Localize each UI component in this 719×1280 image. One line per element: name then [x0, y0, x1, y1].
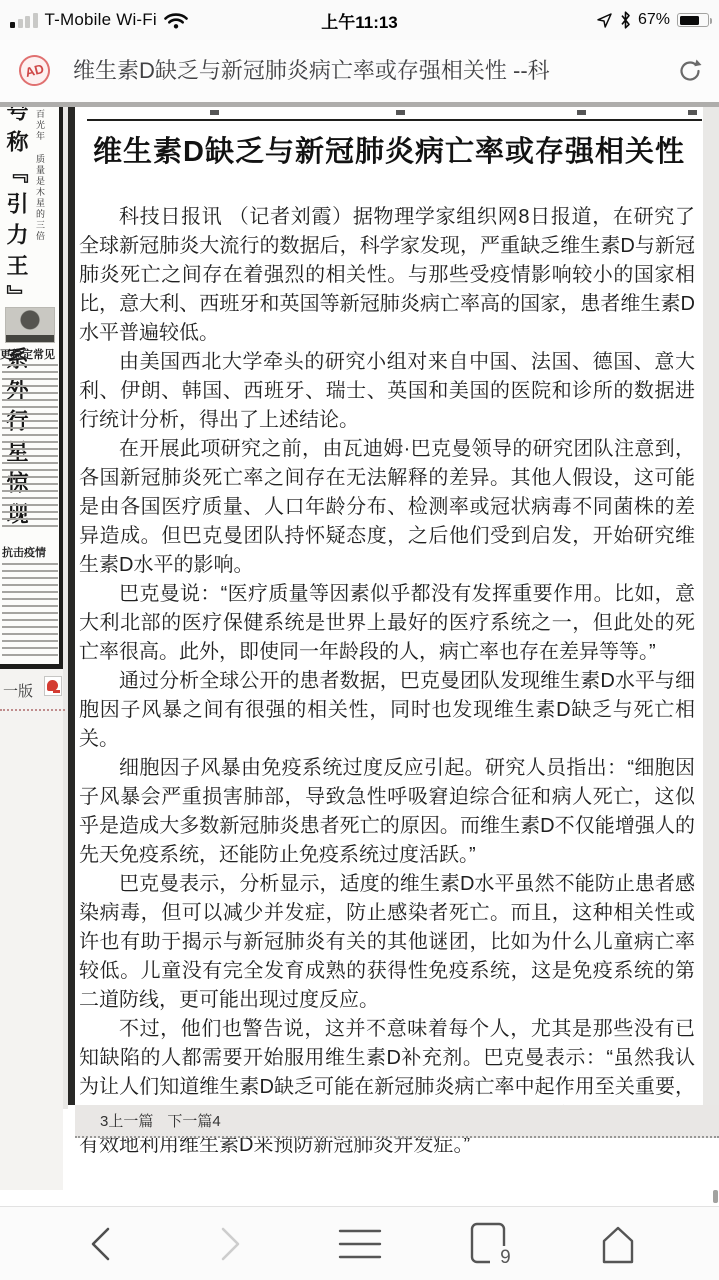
newspaper-thumbnail: 号称『引力王』的系外行星惊现 百光年 质量是木星的三倍 更稳定常见 抗击疫情	[0, 107, 63, 664]
title-rule	[87, 119, 702, 121]
battery-icon	[677, 13, 709, 27]
scan-artifact	[577, 110, 586, 115]
bluetooth-icon	[620, 11, 631, 29]
status-bar: T-Mobile Wi-Fi 上午11:13 67%	[0, 0, 719, 40]
article-title: 维生素D缺乏与新冠肺炎病亡率或存强相关性	[75, 129, 703, 170]
tab-count-label: 9	[499, 1248, 512, 1267]
article-paragraph: 通过分析全球公开的患者数据，巴克曼团队发现维生素D水平与细胞因子风暴之间有很强的…	[79, 667, 695, 754]
back-chevron-icon	[84, 1222, 118, 1266]
article-pager: 3上一篇 下一篇4	[75, 1105, 719, 1138]
refresh-button[interactable]	[675, 56, 705, 86]
thumbnail-heading-1: 更稳定常见	[0, 346, 55, 362]
thumbnail-text-block	[2, 563, 58, 657]
title-fade	[628, 52, 664, 90]
pdf-icon[interactable]	[44, 676, 62, 696]
page-one-link[interactable]: 一版	[3, 680, 33, 701]
scan-artifact	[210, 110, 219, 115]
viewport-right-margin	[703, 107, 719, 1107]
location-arrow-icon	[596, 12, 613, 29]
sidebar-divider	[0, 709, 65, 711]
article-paragraph: 不过，他们也警告说，这并不意味着每个人，尤其是那些没有已知缺陷的人都需要开始服用…	[79, 1015, 695, 1160]
tabs-button[interactable]: 9	[464, 1219, 514, 1269]
iphone-screen: T-Mobile Wi-Fi 上午11:13 67% AD 维生素D缺乏与新冠肺…	[0, 0, 719, 1280]
content-bottom-strip	[0, 1190, 719, 1206]
article-paragraph: 在开展此项研究之前，由瓦迪姆·巴克曼领导的研究团队注意到，各国新冠肺炎死亡率之间…	[79, 435, 695, 580]
back-button[interactable]	[76, 1219, 126, 1269]
scrollbar-thumb[interactable]	[713, 1190, 718, 1203]
menu-icon	[336, 1224, 384, 1264]
thumbnail-subheadline: 百光年 质量是木星的三倍	[34, 109, 47, 279]
status-right: 67%	[596, 0, 709, 40]
scan-artifact	[688, 110, 697, 115]
article-paragraph: 由美国西北大学牵头的研究小组对来自中国、法国、德国、意大利、伊朗、韩国、西班牙、…	[79, 348, 695, 435]
next-article-link[interactable]: 下一篇4	[167, 1110, 220, 1131]
scan-top-border	[0, 102, 719, 107]
web-content: 号称『引力王』的系外行星惊现 百光年 质量是木星的三倍 更稳定常见 抗击疫情 一…	[0, 102, 719, 1190]
browser-toolbar: 9	[0, 1206, 719, 1280]
home-button[interactable]	[593, 1219, 643, 1269]
forward-button[interactable]	[205, 1219, 255, 1269]
scan-artifact	[396, 110, 405, 115]
battery-percent-label: 67%	[638, 11, 670, 29]
article-paragraph: 科技日报讯 （记者刘霞）据物理学家组织网8日报道，在研究了全球新冠肺炎大流行的数…	[79, 203, 695, 348]
home-icon	[595, 1221, 641, 1267]
thumbnail-photo	[5, 307, 55, 343]
article-paragraph: 细胞因子风暴由免疫系统过度反应引起。研究人员指出：“细胞因子风暴会严重损害肺部，…	[79, 754, 695, 870]
article-body: 科技日报讯 （记者刘霞）据物理学家组织网8日报道，在研究了全球新冠肺炎大流行的数…	[79, 203, 695, 1160]
article-paragraph: 巴克曼表示，分析显示，适度的维生素D水平虽然不能防止患者感染病毒，但可以减少并发…	[79, 870, 695, 1015]
page-title-label: 维生素D缺乏与新冠肺炎病亡率或存强相关性 --科	[73, 54, 661, 88]
scan-left-border	[68, 107, 75, 1105]
browser-address-bar[interactable]: AD 维生素D缺乏与新冠肺炎病亡率或存强相关性 --科	[0, 40, 719, 102]
thumbnail-text-block	[2, 364, 58, 531]
refresh-icon	[675, 56, 705, 86]
menu-button[interactable]	[335, 1219, 385, 1269]
thumbnail-heading-2: 抗击疫情	[2, 544, 46, 560]
forward-chevron-icon	[213, 1222, 247, 1266]
ad-badge[interactable]: AD	[16, 52, 54, 90]
sidebar-area	[0, 669, 63, 1190]
article-paragraph: 巴克曼说：“医疗质量等因素似乎都没有发挥重要作用。比如，意大利北部的医疗保健系统…	[79, 580, 695, 667]
prev-article-link[interactable]: 3上一篇	[100, 1110, 153, 1131]
